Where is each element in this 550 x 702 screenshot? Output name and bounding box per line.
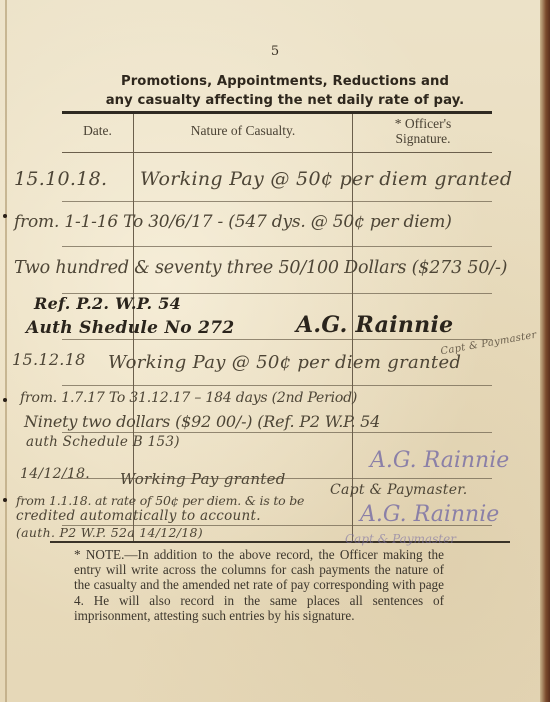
- officer-signature-stamp: A.G. Rainnie: [360, 502, 499, 527]
- entry-line: from 1.1.18. at rate of 50¢ per diem. & …: [16, 493, 304, 508]
- stitch-hole: [3, 214, 7, 218]
- header-date: Date.: [62, 123, 133, 138]
- entry-date: 15.10.18.: [14, 168, 107, 190]
- document-page: 5 Promotions, Appointments, Reductions a…: [0, 0, 550, 702]
- entry-line: Working Pay @ 50¢ per diem granted: [108, 352, 461, 373]
- officer-signature: A.G. Rainnie: [296, 312, 453, 338]
- officer-signature-stamp: A.G. Rainnie: [370, 448, 509, 473]
- page-title: Promotions, Appointments, Reductions and…: [60, 72, 510, 110]
- entry-date: 15.12.18: [12, 350, 86, 369]
- officer-title-stamp: Capt & Paymaster: [345, 532, 456, 546]
- entry-line: Working Pay @ 50¢ per diem granted: [140, 168, 512, 190]
- entry-line: from. 1-1-16 To 30/6/17 - (547 dys. @ 50…: [14, 212, 452, 232]
- ruled-line: [62, 339, 492, 340]
- entry-line: Ninety two dollars ($92 00/-) (Ref. P2 W…: [24, 412, 380, 431]
- header-signature-line-2: Signature.: [353, 131, 493, 146]
- title-line-1: Promotions, Appointments, Reductions and: [60, 72, 510, 91]
- entry-line: Working Pay granted: [120, 470, 286, 488]
- entry-authority: (auth. P2 W.P. 52a 14/12/18): [16, 525, 203, 540]
- binding-edge: [5, 0, 7, 702]
- title-rule: [62, 111, 492, 114]
- title-line-2: any casualty affecting the net daily rat…: [60, 91, 510, 110]
- ruled-line: [62, 246, 492, 247]
- ruled-line: [62, 432, 492, 433]
- entry-authority: Auth Shedule No 272: [26, 318, 235, 338]
- entry-authority: auth Schedule B 153): [26, 434, 180, 450]
- header-signature: * Officer's Signature.: [353, 116, 493, 146]
- stitch-hole: [3, 498, 7, 502]
- entry-line: from. 1.7.17 To 31.12.17 – 184 days (2nd…: [20, 390, 357, 406]
- cover-edge: [540, 0, 550, 702]
- officer-title: Capt & Paymaster.: [330, 482, 467, 498]
- footnote: * NOTE.—In addition to the above record,…: [74, 547, 444, 623]
- ruled-line: [62, 201, 492, 202]
- entry-line: credited automatically to account.: [16, 508, 261, 524]
- entry-date: 14/12/18.: [20, 466, 90, 482]
- stitch-hole: [3, 398, 7, 402]
- header-signature-line-1: * Officer's: [353, 116, 493, 131]
- entry-reference: Ref. P.2. W.P. 54: [34, 294, 181, 313]
- page-number: 5: [0, 44, 550, 59]
- header-rule: [62, 152, 492, 153]
- entry-line: Two hundred & seventy three 50/100 Dolla…: [14, 258, 507, 278]
- ruled-line: [62, 385, 492, 386]
- header-nature: Nature of Casualty.: [134, 123, 352, 138]
